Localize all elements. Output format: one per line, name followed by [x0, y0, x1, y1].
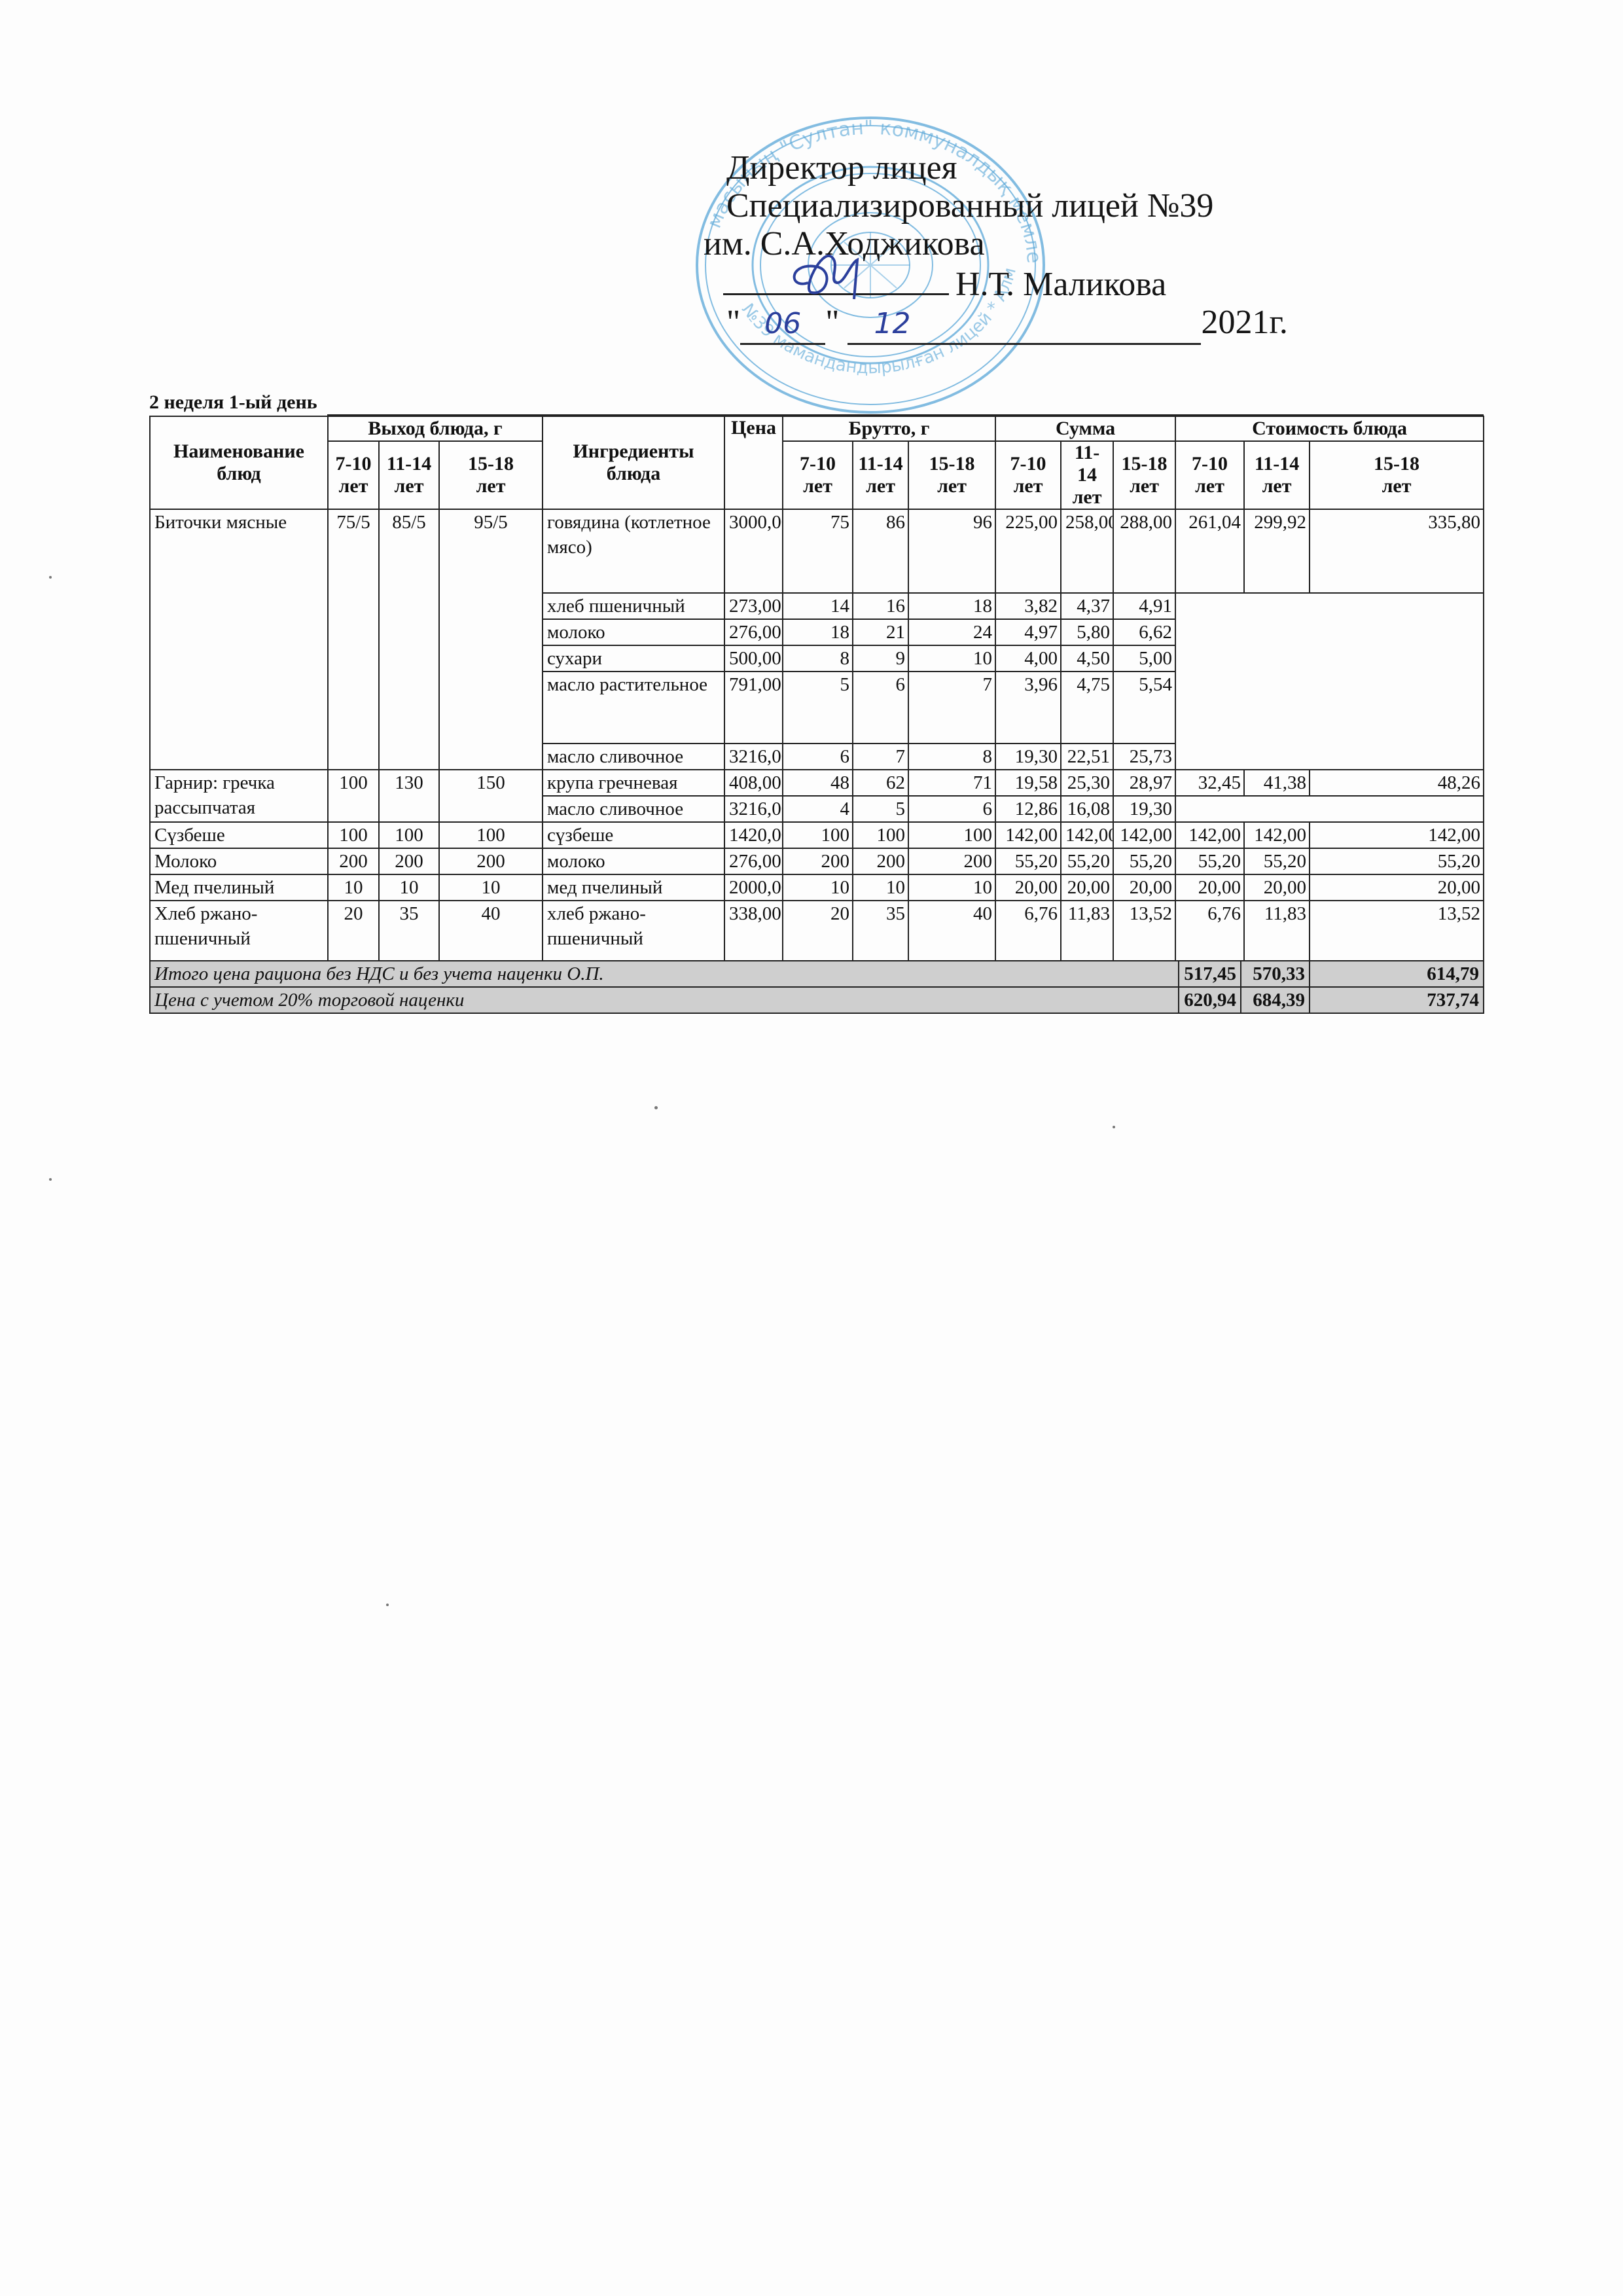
ingredient-sum: 288,00 [1113, 509, 1175, 593]
header-gross-age-1: 11-14лет [853, 441, 908, 509]
totals-table: Итого цена рациона без НДС и без учета н… [149, 960, 1484, 1014]
dish-yield: 10 [379, 874, 439, 901]
ingredient-sum: 20,00 [1113, 874, 1175, 901]
ingredient-gross: 7 [853, 744, 908, 770]
ingredient-price: 276,00 [724, 848, 783, 874]
table-row: Мед пчелиный101010мед пчелиный2000,00101… [150, 874, 1484, 901]
ingredient-name: молоко [543, 848, 724, 874]
ingredient-gross: 200 [853, 848, 908, 874]
table-row: Биточки мясные75/585/595/5говядина (котл… [150, 509, 1484, 593]
ingredient-gross: 8 [908, 744, 995, 770]
ingredient-gross: 16 [853, 593, 908, 619]
dish-yield: 200 [328, 848, 379, 874]
dish-yield: 200 [379, 848, 439, 874]
ingredient-sum: 5,00 [1113, 645, 1175, 672]
ingredient-gross: 86 [853, 509, 908, 593]
ingredient-name: хлеб пшеничный [543, 593, 724, 619]
dish-cost: 299,92 [1244, 509, 1310, 593]
header-gross-age-2: 15-18лет [908, 441, 995, 509]
header-yield: Выход блюда, г [328, 416, 543, 441]
table-row: Сүзбеше100100100сүзбеше1420,001001001001… [150, 822, 1484, 848]
scan-speck [49, 1178, 52, 1181]
ingredient-gross: 8 [783, 645, 853, 672]
ingredient-gross: 200 [908, 848, 995, 874]
date-quote-close: " [825, 304, 839, 342]
ingredient-sum: 4,97 [995, 619, 1061, 645]
ingredient-price: 791,00 [724, 672, 783, 744]
scan-speck [386, 1604, 389, 1606]
handwritten-signature-icon [782, 243, 887, 302]
ingredient-price: 3000,00 [724, 509, 783, 593]
ingredient-gross: 96 [908, 509, 995, 593]
ingredient-sum: 12,86 [995, 796, 1061, 822]
ingredient-sum: 225,00 [995, 509, 1061, 593]
ingredient-sum: 55,20 [1061, 848, 1113, 874]
dish-yield: 75/5 [328, 509, 379, 770]
ingredient-sum: 5,54 [1113, 672, 1175, 744]
ingredient-name: молоко [543, 619, 724, 645]
totals-value: 684,39 [1241, 987, 1310, 1013]
scan-speck [654, 1106, 658, 1109]
dish-cost: 20,00 [1310, 874, 1484, 901]
ingredient-sum: 142,00 [1061, 822, 1113, 848]
dish-cost: 20,00 [1175, 874, 1244, 901]
ingredient-gross: 9 [853, 645, 908, 672]
dish-yield: 100 [439, 822, 543, 848]
ingredient-gross: 10 [908, 645, 995, 672]
ingredient-sum: 19,30 [995, 744, 1061, 770]
signatory-name: Н.Т. Маликова [955, 266, 1166, 303]
ingredient-gross: 100 [783, 822, 853, 848]
totals-row: Итого цена рациона без НДС и без учета н… [150, 961, 1484, 987]
ingredient-name: сухари [543, 645, 724, 672]
dish-yield: 130 [379, 770, 439, 822]
date-year: 2021г. [1201, 304, 1287, 341]
scan-speck [49, 576, 52, 579]
dish-yield: 10 [328, 874, 379, 901]
ingredient-sum: 20,00 [995, 874, 1061, 901]
table-row: Молоко200200200молоко276,0020020020055,2… [150, 848, 1484, 874]
totals-value: 570,33 [1241, 961, 1310, 987]
ingredient-sum: 25,73 [1113, 744, 1175, 770]
dish-cost: 41,38 [1244, 770, 1310, 796]
header-sum: Сумма [995, 416, 1175, 441]
dish-cost: 55,20 [1244, 848, 1310, 874]
ingredient-gross: 6 [783, 744, 853, 770]
ingredient-gross: 48 [783, 770, 853, 796]
header-sum-age-2: 15-18лет [1113, 441, 1175, 509]
approval-title-1: Директор лицея [726, 149, 1288, 187]
document-page: масының "Султан" коммуналдық мемлекеттік… [0, 0, 1623, 2296]
dish-cost: 142,00 [1244, 822, 1310, 848]
ingredient-gross: 6 [853, 672, 908, 744]
ingredient-gross: 5 [853, 796, 908, 822]
dish-yield: 85/5 [379, 509, 439, 770]
dish-cost: 20,00 [1244, 874, 1310, 901]
dish-yield: 150 [439, 770, 543, 822]
ingredient-price: 1420,00 [724, 822, 783, 848]
ingredient-gross: 100 [853, 822, 908, 848]
header-sum-age-0: 7-10лет [995, 441, 1061, 509]
totals-value: 614,79 [1310, 961, 1484, 987]
dish-yield: 10 [439, 874, 543, 901]
ingredient-sum: 4,00 [995, 645, 1061, 672]
dish-cost: 142,00 [1310, 822, 1484, 848]
header-sum-age-1: 11-14лет [1061, 441, 1113, 509]
ingredient-gross: 100 [908, 822, 995, 848]
ingredient-price: 2000,00 [724, 874, 783, 901]
ingredient-sum: 28,97 [1113, 770, 1175, 796]
totals-label: Цена с учетом 20% торговой наценки [150, 987, 1179, 1013]
dish-name: Гарнир: гречка рассыпчатая [150, 770, 328, 822]
ingredient-gross: 4 [783, 796, 853, 822]
date-quote-open: " [726, 304, 740, 342]
approval-date: "06" 122021г. [726, 304, 1288, 345]
ingredient-price: 3216,00 [724, 744, 783, 770]
ingredient-sum: 142,00 [995, 822, 1061, 848]
ingredient-sum: 55,20 [995, 848, 1061, 874]
ingredient-sum: 258,00 [1061, 509, 1113, 593]
ingredient-sum: 16,08 [1061, 796, 1113, 822]
ingredient-name: сүзбеше [543, 822, 724, 848]
ingredient-gross: 14 [783, 593, 853, 619]
header-gross-age-0: 7-10лет [783, 441, 853, 509]
dish-cost: 48,26 [1310, 770, 1484, 796]
dish-yield: 95/5 [439, 509, 543, 770]
header-price: Цена [724, 416, 783, 509]
ingredient-gross: 10 [853, 874, 908, 901]
ingredient-sum: 20,00 [1061, 874, 1113, 901]
ingredient-name: говядина (котлетное мясо) [543, 509, 724, 593]
ingredient-sum: 4,75 [1061, 672, 1113, 744]
ingredient-gross: 62 [853, 770, 908, 796]
dish-cost-blank [1175, 593, 1484, 770]
signature-field [723, 263, 949, 295]
ingredient-gross: 200 [783, 848, 853, 874]
ingredient-name: масло растительное [543, 672, 724, 744]
header-dish-name: Наименование блюд [150, 416, 328, 509]
ingredient-gross: 71 [908, 770, 995, 796]
ingredient-gross: 24 [908, 619, 995, 645]
ingredient-sum: 3,96 [995, 672, 1061, 744]
totals-row: Цена с учетом 20% торговой наценки620,94… [150, 987, 1484, 1013]
approval-title-2: Специализированный лицей №39 [726, 187, 1288, 225]
totals-value: 620,94 [1179, 987, 1241, 1013]
dish-name: Мед пчелиный [150, 874, 328, 901]
ingredient-gross: 18 [783, 619, 853, 645]
menu-cost-table: Наименование блюд Выход блюда, г Ингреди… [149, 416, 1484, 1005]
ingredient-sum: 19,58 [995, 770, 1061, 796]
dish-cost: 55,20 [1310, 848, 1484, 874]
date-month: 12 [847, 305, 1201, 345]
date-day: 06 [740, 305, 825, 345]
ingredient-sum: 55,20 [1113, 848, 1175, 874]
ingredient-name: масло сливочное [543, 744, 724, 770]
ingredient-name: масло сливочное [543, 796, 724, 822]
ingredient-sum: 4,50 [1061, 645, 1113, 672]
header-cost-age-0: 7-10лет [1175, 441, 1244, 509]
ingredient-sum: 142,00 [1113, 822, 1175, 848]
ingredient-gross: 6 [908, 796, 995, 822]
dish-name: Молоко [150, 848, 328, 874]
totals-value: 737,74 [1310, 987, 1484, 1013]
table-row: Гарнир: гречка рассыпчатая100130150крупа… [150, 770, 1484, 796]
ingredient-price: 500,00 [724, 645, 783, 672]
ingredient-sum: 3,82 [995, 593, 1061, 619]
dish-name: Сүзбеше [150, 822, 328, 848]
ingredient-gross: 75 [783, 509, 853, 593]
signature-line: Н.Т. Маликова [723, 263, 1288, 304]
scan-speck [1113, 1126, 1115, 1128]
ingredient-gross: 5 [783, 672, 853, 744]
ingredient-gross: 10 [783, 874, 853, 901]
header-yield-age-1: 11-14лет [379, 441, 439, 509]
header-gross: Брутто, г [783, 416, 995, 441]
dish-cost: 32,45 [1175, 770, 1244, 796]
totals-value: 517,45 [1179, 961, 1241, 987]
age-group-header-row: 7-10лет11-14лет15-18лет7-10лет11-14лет15… [150, 441, 1484, 509]
ingredient-gross: 7 [908, 672, 995, 744]
menu-day-title: 2 неделя 1-ый день [149, 391, 317, 414]
dish-cost-blank [1175, 796, 1484, 822]
header-yield-age-2: 15-18лет [439, 441, 543, 509]
ingredient-price: 273,00 [724, 593, 783, 619]
approval-block: Директор лицея Специализированный лицей … [726, 149, 1288, 345]
ingredient-price: 408,00 [724, 770, 783, 796]
ingredient-sum: 6,62 [1113, 619, 1175, 645]
ingredient-gross: 10 [908, 874, 995, 901]
dish-cost: 142,00 [1175, 822, 1244, 848]
dish-cost: 261,04 [1175, 509, 1244, 593]
dish-name: Биточки мясные [150, 509, 328, 770]
ingredient-sum: 19,30 [1113, 796, 1175, 822]
header-cost-age-1: 11-14лет [1244, 441, 1310, 509]
ingredient-sum: 5,80 [1061, 619, 1113, 645]
header-cost-age-2: 15-18лет [1310, 441, 1484, 509]
ingredient-gross: 21 [853, 619, 908, 645]
dish-yield: 200 [439, 848, 543, 874]
ingredient-sum: 4,37 [1061, 593, 1113, 619]
ingredient-sum: 25,30 [1061, 770, 1113, 796]
dish-cost: 55,20 [1175, 848, 1244, 874]
totals-label: Итого цена рациона без НДС и без учета н… [150, 961, 1179, 987]
ingredient-gross: 18 [908, 593, 995, 619]
ingredient-name: крупа гречневая [543, 770, 724, 796]
ingredient-sum: 4,91 [1113, 593, 1175, 619]
dish-cost: 335,80 [1310, 509, 1484, 593]
ingredient-name: мед пчелиный [543, 874, 724, 901]
header-dish-cost: Стоимость блюда [1175, 416, 1484, 441]
header-ingredients: Ингредиенты блюда [543, 416, 724, 509]
dish-yield: 100 [328, 822, 379, 848]
dish-yield: 100 [328, 770, 379, 822]
ingredient-price: 3216,00 [724, 796, 783, 822]
ingredient-sum: 22,51 [1061, 744, 1113, 770]
dish-yield: 100 [379, 822, 439, 848]
ingredient-price: 276,00 [724, 619, 783, 645]
header-yield-age-0: 7-10лет [328, 441, 379, 509]
